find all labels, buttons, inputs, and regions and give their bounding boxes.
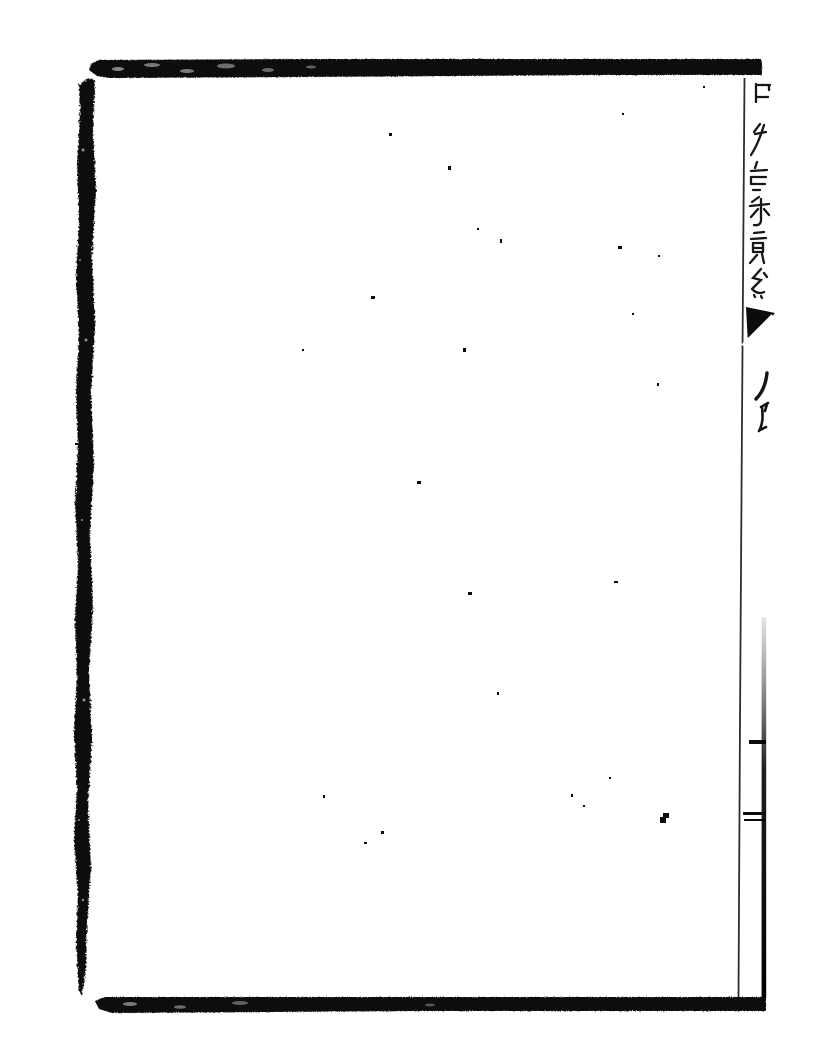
spine-glyph-3	[751, 162, 767, 190]
spine-glyph-7	[756, 373, 767, 399]
page-frame-graphics	[0, 0, 840, 1059]
left-border-bar	[74, 78, 96, 996]
bottom-border-bar	[95, 997, 766, 1013]
spine-title-column	[750, 84, 770, 298]
spine-glyph-4	[750, 197, 769, 225]
fishtail-marker-icon	[743, 307, 775, 346]
top-border-bar	[89, 59, 762, 78]
spine-glyph-2	[751, 124, 766, 155]
spine-glyph-8	[759, 403, 768, 431]
spine-glyph-6	[752, 269, 767, 298]
scanned-book-page	[0, 0, 840, 1059]
spine-glyph-5	[750, 232, 766, 263]
spine-lower-column	[756, 373, 768, 431]
right-frame-line	[739, 78, 745, 997]
spine-glyph-1	[756, 84, 770, 102]
center-fold-line	[762, 617, 767, 998]
